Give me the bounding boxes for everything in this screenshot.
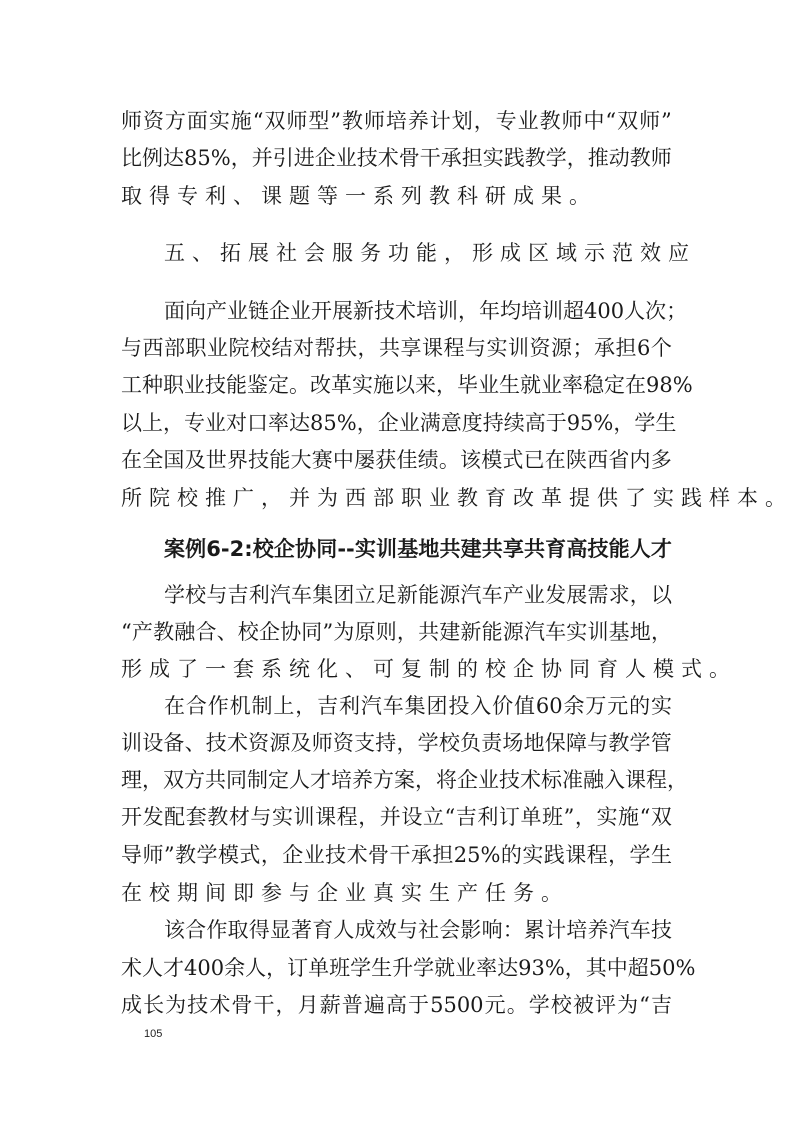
text-line: 在全国及世界技能大赛中屡获佳绩。该模式已在陕西省内多 [121, 445, 672, 475]
text-line: 开发配套教材与实训课程，并设立“吉利订单班”，实施“双 [121, 802, 672, 832]
text-line: 取得专利、课题等一系列教科研成果。 [121, 181, 481, 211]
text-line: 案例6-2:校企协同--实训基地共建共享共育高技能人才 [164, 534, 672, 564]
text-line: 训设备、技术资源及师资支持，学校负责场地保障与教学管 [121, 728, 672, 758]
text-line: 术人才400余人，订单班学生升学就业率达93%，其中超50% [121, 953, 672, 983]
text-line: 该合作取得显著育人成效与社会影响：累计培养汽车技 [164, 915, 672, 945]
text-line: 理，双方共同制定人才培养方案，将企业技术标准融入课程， [121, 765, 672, 795]
text-line: 形成了一套系统化、可复制的校企协同育人模式。 [121, 654, 576, 684]
text-line: 与西部职业院校结对帮扶，共享课程与实训资源；承担6个 [121, 333, 672, 363]
text-line: 所院校推广，并为西部职业教育改革提供了实践样本。 [121, 483, 631, 513]
document-page: 师资方面实施“双师型”教师培养计划，专业教师中“双师”比例达85%，并引进企业技… [0, 0, 794, 1123]
page-number: 105 [144, 1028, 162, 1040]
text-line: 以上，专业对口率达85%，企业满意度持续高于95%，学生 [121, 408, 672, 438]
text-line: 师资方面实施“双师型”教师培养计划，专业教师中“双师” [121, 106, 672, 136]
text-line: 五、拓展社会服务功能，形成区域示范效应 [164, 238, 564, 268]
text-line: 学校与吉利汽车集团立足新能源汽车产业发展需求，以 [164, 580, 672, 610]
text-line: “产教融合、校企协同”为原则，共建新能源汽车实训基地， [121, 617, 672, 647]
text-line: 成长为技术骨干，月薪普遍高于5500元。学校被评为“吉 [121, 990, 672, 1020]
text-line: 工种职业技能鉴定。改革实施以来，毕业生就业率稳定在98% [121, 370, 672, 400]
text-line: 比例达85%，并引进企业技术骨干承担实践教学，推动教师 [121, 143, 672, 173]
text-line: 在合作机制上，吉利汽车集团投入价值60余万元的实 [164, 691, 672, 721]
text-line: 导师”教学模式，企业技术骨干承担25%的实践课程，学生 [121, 840, 672, 870]
text-line: 在校期间即参与企业真实生产任务。 [121, 878, 451, 908]
text-line: 面向产业链企业开展新技术培训，年均培训超400人次； [164, 296, 672, 326]
